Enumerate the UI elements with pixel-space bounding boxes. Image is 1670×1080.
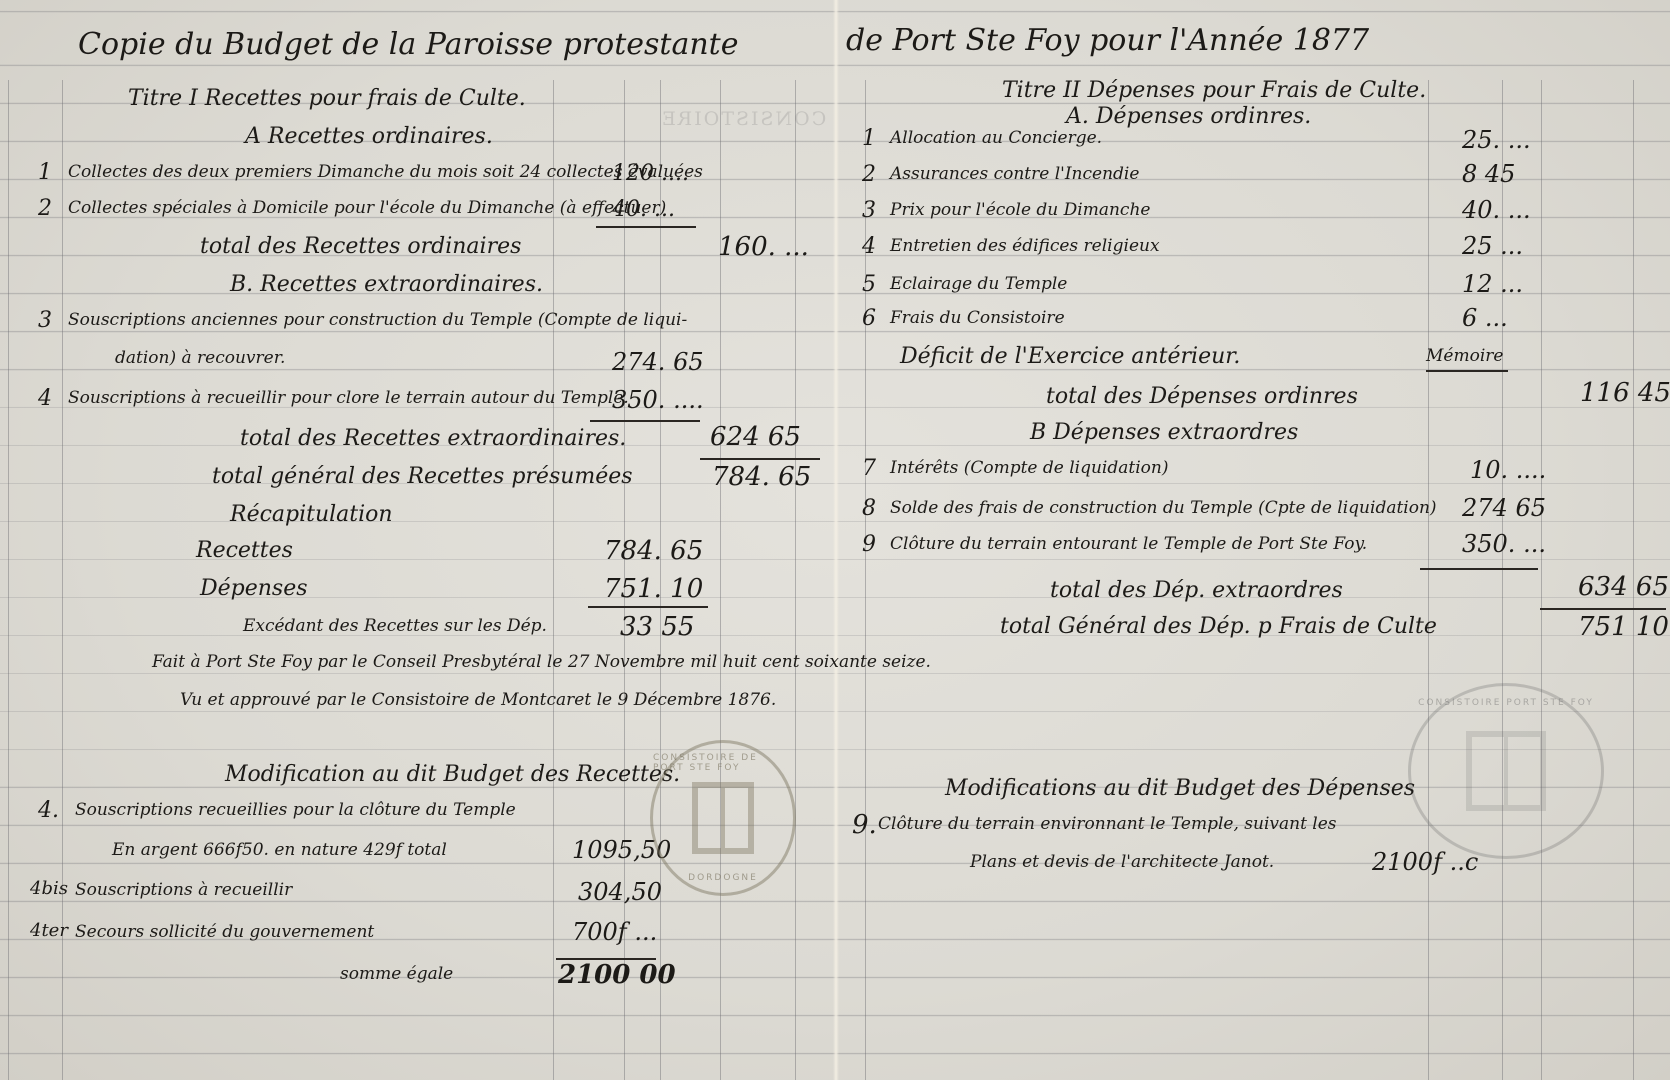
- row-number: 3: [862, 200, 876, 222]
- receipts-total-a: 160. ...: [718, 234, 809, 260]
- recap-title: Récapitulation: [230, 504, 393, 526]
- expense-deficit-amount: Mémoire: [1426, 348, 1503, 365]
- expenses-total-b: 634 65: [1578, 574, 1669, 600]
- expenses-section-a: A. Dépenses ordinres.: [1066, 106, 1311, 128]
- row-number: 4bis: [30, 880, 68, 898]
- modification-item-amount: 304,50: [578, 880, 662, 904]
- signoff-line-2: Vu et approuvé par le Consistoire de Mon…: [180, 692, 776, 709]
- recap-expenses-value: 751. 10: [604, 576, 703, 602]
- stamp-text: DORDOGNE: [688, 873, 758, 883]
- expenses-grand-total: 751 10: [1578, 614, 1669, 640]
- receipt-item-label: Collectes spéciales à Domicile pour l'éc…: [68, 200, 666, 217]
- row-number: 4: [38, 388, 52, 410]
- row-number: 6: [862, 308, 876, 330]
- recap-receipts-label: Recettes: [196, 540, 293, 562]
- margin-line: [865, 80, 866, 1080]
- document-title-right: de Port Ste Foy pour l'Année 1877: [846, 26, 1369, 56]
- show-through-text: CONSISTOIRE: [660, 108, 826, 130]
- expense-item-label: Intérêts (Compte de liquidation): [890, 460, 1168, 477]
- expense-item-amount: 25. ...: [1462, 128, 1531, 152]
- document-title-left: Copie du Budget de la Paroisse protestan…: [78, 30, 738, 60]
- expenses-section-b: B Dépenses extraordres: [1030, 422, 1298, 444]
- receipt-item-amount: 350. ....: [612, 388, 704, 412]
- expense-item-label: Prix pour l'école du Dimanche: [890, 202, 1150, 219]
- modification-item-label: Souscriptions recueillies pour la clôtur…: [75, 802, 516, 819]
- column-line: [720, 80, 721, 1080]
- column-line: [553, 80, 554, 1080]
- subtotal-rule: [588, 606, 708, 608]
- row-number: 2: [862, 164, 876, 186]
- column-line: [1502, 80, 1503, 1080]
- modification-item-amount: 700f ...: [572, 920, 657, 944]
- receipts-section-b: B. Recettes extraordinaires.: [230, 274, 543, 296]
- modification-expense-label-continued: Plans et devis de l'architecte Janot.: [970, 854, 1274, 871]
- receipt-item-label: Souscriptions à recueillir pour clore le…: [68, 390, 629, 407]
- modification-item-label: Secours sollicité du gouvernement: [75, 924, 374, 941]
- receipts-grand-total: 784. 65: [712, 464, 811, 490]
- expense-item-amount: 10. ....: [1470, 458, 1546, 482]
- row-number: 2: [38, 198, 52, 220]
- modification-expense-label: Clôture du terrain environnant le Temple…: [878, 816, 1337, 833]
- expense-item-label: Solde des frais de construction du Templ…: [890, 500, 1437, 517]
- recap-surplus-value: 33 55: [620, 614, 694, 640]
- recap-receipts-value: 784. 65: [604, 538, 703, 564]
- row-number: 8: [862, 498, 876, 520]
- expenses-total-b-label: total des Dép. extraordres: [1050, 580, 1343, 602]
- row-number: 1: [862, 128, 876, 150]
- receipts-title: Titre I Recettes pour frais de Culte.: [128, 88, 526, 110]
- row-number: 4: [862, 236, 876, 258]
- row-number: 9: [862, 534, 876, 556]
- recap-expenses-label: Dépenses: [200, 578, 308, 600]
- receipts-grand-total-label: total général des Recettes présumées: [212, 466, 633, 488]
- total-rule: [1540, 608, 1666, 610]
- row-number: 4ter: [30, 922, 68, 940]
- receipts-total-a-label: total des Recettes ordinaires: [200, 236, 521, 258]
- expense-item-amount: 8 45: [1462, 162, 1515, 186]
- receipt-item-label-continued: dation) à recouvrer.: [115, 350, 285, 367]
- row-number: 5: [862, 274, 876, 296]
- total-rule: [700, 458, 820, 460]
- row-number: 3: [38, 310, 52, 332]
- subtotal-rule: [596, 226, 696, 228]
- expense-item-label: Assurances contre l'Incendie: [890, 166, 1139, 183]
- expense-item-label: Eclairage du Temple: [890, 276, 1067, 293]
- page-fold: [833, 0, 839, 1080]
- expenses-title: Titre II Dépenses pour Frais de Culte.: [1002, 80, 1426, 102]
- expenses-grand-total-label: total Général des Dép. p Frais de Culte: [1000, 616, 1437, 638]
- modification-sum-label: somme égale: [340, 966, 453, 983]
- expense-item-amount: 350. ...: [1462, 532, 1546, 556]
- modification-expenses-title: Modifications au dit Budget des Dépenses: [945, 778, 1415, 800]
- expense-deficit-label: Déficit de l'Exercice antérieur.: [900, 346, 1240, 368]
- expense-item-amount: 274 65: [1462, 496, 1546, 520]
- column-line: [1428, 80, 1429, 1080]
- receipt-item-amount: 120 ....: [612, 163, 689, 185]
- faint-seal-stamp: CONSISTOIRE PORT STE FOY: [1408, 683, 1604, 859]
- receipt-item-label: Collectes des deux premiers Dimanche du …: [68, 164, 703, 181]
- receipts-total-b: 624 65: [710, 424, 801, 450]
- expense-item-amount: 25 ...: [1462, 234, 1523, 258]
- row-number: 4.: [38, 800, 59, 822]
- expense-item-label: Entretien des édifices religieux: [890, 238, 1160, 255]
- margin-line: [8, 80, 9, 1080]
- column-line: [795, 80, 796, 1080]
- expense-item-amount: 40. ...: [1462, 198, 1531, 222]
- subtotal-rule: [1420, 568, 1538, 570]
- modification-item-label: En argent 666f50. en nature 429f total: [112, 842, 447, 859]
- row-number: 9.: [852, 812, 877, 838]
- receipts-total-b-label: total des Recettes extraordinaires.: [240, 428, 626, 450]
- expense-item-label: Allocation au Concierge.: [890, 130, 1102, 147]
- modification-receipts-title: Modification au dit Budget des Recettes.: [225, 764, 680, 786]
- receipt-item-amount: 40. ...: [612, 199, 675, 221]
- subtotal-rule: [590, 420, 700, 422]
- expenses-total-a-label: total des Dépenses ordinres: [1046, 386, 1358, 408]
- signoff-line-1: Fait à Port Ste Foy par le Conseil Presb…: [152, 654, 931, 671]
- consistoire-seal-stamp: CONSISTOIRE DE PORT STE FOY DORDOGNE: [650, 740, 796, 896]
- row-number: 7: [862, 458, 876, 480]
- expenses-total-a: 116 45: [1580, 380, 1670, 406]
- modification-expense-amount: 2100f ..c: [1372, 850, 1478, 874]
- row-number: 1: [38, 162, 52, 184]
- column-line: [1541, 80, 1542, 1080]
- receipt-item-label: Souscriptions anciennes pour constructio…: [68, 312, 687, 329]
- stamp-text: CONSISTOIRE PORT STE FOY: [1418, 698, 1594, 708]
- stamp-text: CONSISTOIRE DE PORT STE FOY: [653, 753, 793, 773]
- subtotal-rule: [1426, 370, 1508, 372]
- expense-item-label: Clôture du terrain entourant le Temple d…: [890, 536, 1367, 553]
- expense-item-amount: 6 ...: [1462, 306, 1508, 330]
- modification-sum-value: 2100 00: [558, 962, 676, 988]
- receipts-section-a: A Recettes ordinaires.: [245, 126, 493, 148]
- modification-item-label: Souscriptions à recueillir: [75, 882, 292, 899]
- recap-surplus-label: Excédant des Recettes sur les Dép.: [243, 618, 547, 635]
- receipt-item-amount: 274. 65: [612, 350, 704, 374]
- expense-item-amount: 12 ...: [1462, 272, 1523, 296]
- expense-item-label: Frais du Consistoire: [890, 310, 1065, 327]
- budget-document-page: CONSISTOIRE Copie du Budget de la Parois…: [0, 0, 1670, 1080]
